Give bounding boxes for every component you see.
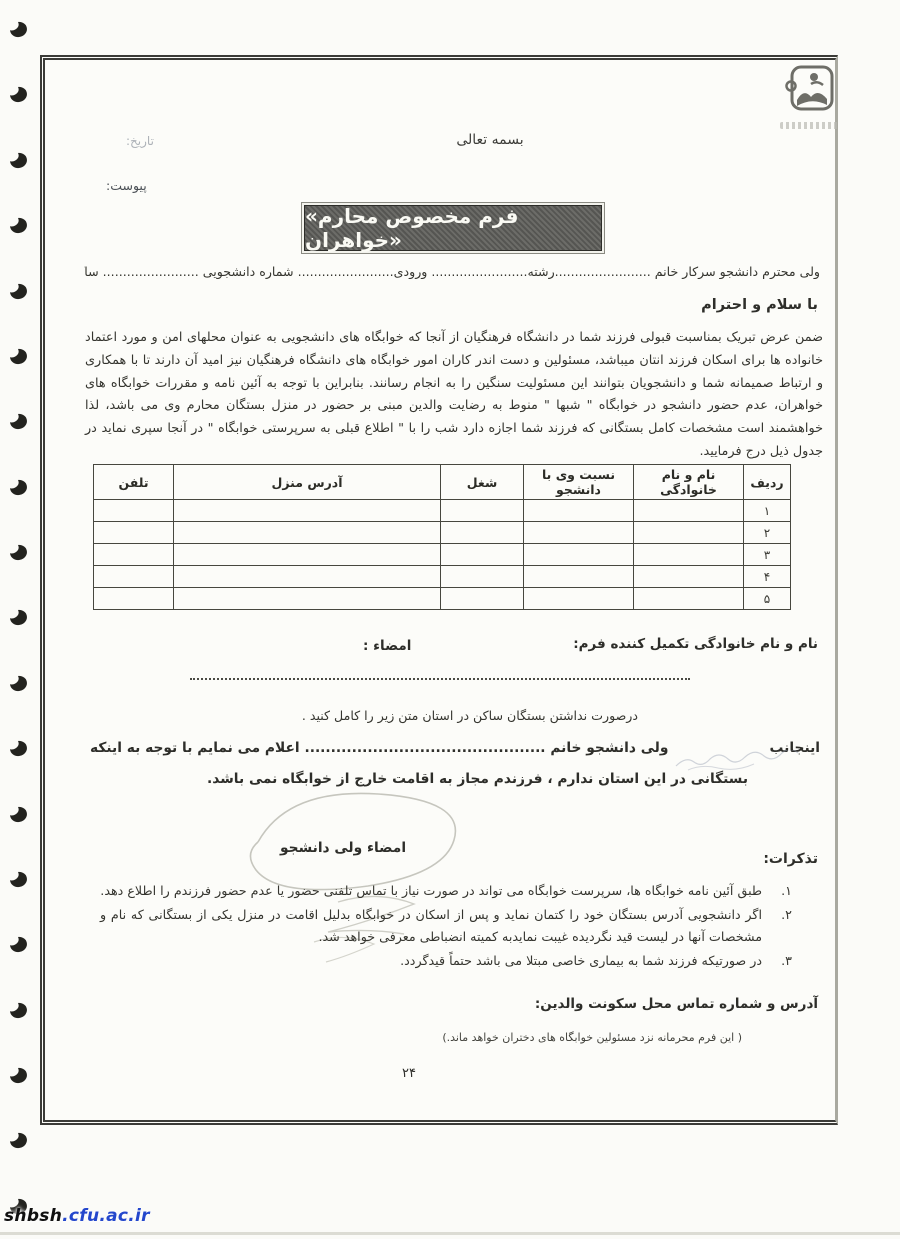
empty-cell <box>174 500 441 522</box>
note-number: ۲. <box>762 904 792 949</box>
col-header-job: شغل <box>441 465 524 500</box>
note-item: ۲. اگر دانشجویی آدرس بستگان خود را کتمان… <box>100 904 792 949</box>
empty-cell <box>524 500 634 522</box>
declaration-line2: بستگانی در این استان ندارم ، فرزندم مجاز… <box>207 771 748 787</box>
empty-cell <box>174 544 441 566</box>
col-header-fullname: نام و نام خانوادگی <box>634 465 744 500</box>
binding-hole <box>8 543 28 562</box>
empty-cell <box>441 566 524 588</box>
bismillah-heading: بسمه تعالی <box>390 132 590 148</box>
declaration-line1: اینجانب ولی دانشجو خانم ................… <box>90 740 820 756</box>
binding-hole <box>8 805 28 824</box>
empty-cell <box>524 522 634 544</box>
empty-cell <box>441 544 524 566</box>
empty-cell <box>634 588 744 610</box>
student-info-line: ولی محترم دانشجو سرکار خانم ............… <box>84 264 820 279</box>
binding-hole <box>8 412 28 431</box>
scanned-form-page: { "page": { "bismillah": "بسمه تعالی", "… <box>0 0 900 1239</box>
empty-cell <box>441 588 524 610</box>
col-header-address: آدرس منزل <box>174 465 441 500</box>
declaration-rest: ولی دانشجو خانم ........................… <box>90 740 668 756</box>
completer-name-label: نام و نام خانوادگی تکمیل کننده فرم: <box>573 636 818 652</box>
salutation: با سلام و احترام <box>701 297 818 313</box>
binding-hole <box>8 151 28 170</box>
col-header-phone: تلفن <box>94 465 174 500</box>
confidential-note: ( این فرم محرمانه نزد مسئولین خوابگاه ها… <box>442 1031 742 1044</box>
table-header-row: ردیف نام و نام خانوادگی نسبت وی با دانشج… <box>94 465 791 500</box>
table-row: ۳ <box>94 544 791 566</box>
empty-cell <box>94 544 174 566</box>
binding-hole <box>8 674 28 693</box>
binding-hole <box>8 282 28 301</box>
empty-cell <box>94 566 174 588</box>
declarant-label: اینجانب <box>770 740 820 756</box>
dotted-separator <box>190 678 690 680</box>
row-number-cell: ۴ <box>744 566 791 588</box>
watermark-black-part: shbsh <box>4 1206 62 1226</box>
notes-heading: تذکرات: <box>763 851 818 867</box>
empty-cell <box>174 522 441 544</box>
empty-cell <box>524 566 634 588</box>
empty-cell <box>634 500 744 522</box>
empty-cell <box>524 588 634 610</box>
scan-bottom-edge <box>0 1232 900 1235</box>
notes-list: ۱. طبق آئین نامه خوابگاه ها، سرپرست خواب… <box>100 880 792 973</box>
empty-cell <box>634 566 744 588</box>
empty-cell <box>174 588 441 610</box>
note-text: طبق آئین نامه خوابگاه ها، سرپرست خوابگاه… <box>100 880 762 903</box>
signature-label: امضاء : <box>363 638 411 654</box>
note-text: در صورتیکه فرزند شما به بیماری خاصی مبتل… <box>100 950 762 973</box>
binding-hole <box>8 478 28 497</box>
watermark-blue-part: .cfu.ac.ir <box>62 1206 150 1226</box>
col-header-row-number: ردیف <box>744 465 791 500</box>
date-label: تاریخ: <box>126 134 154 148</box>
note-item: ۳. در صورتیکه فرزند شما به بیماری خاصی م… <box>100 950 792 973</box>
guardian-signature-label: امضاء ولی دانشجو <box>280 840 406 856</box>
empty-cell <box>94 522 174 544</box>
binding-hole <box>8 609 28 628</box>
form-title: «فرم مخصوص محارم خواهران» <box>304 205 602 251</box>
empty-cell <box>174 566 441 588</box>
note-number: ۳. <box>762 950 792 973</box>
binding-hole <box>8 935 28 954</box>
no-relatives-instruction: درصورت نداشتن بستگان ساکن در استان متن ز… <box>302 708 638 723</box>
university-logo <box>784 64 836 120</box>
table-row: ۱ <box>94 500 791 522</box>
binding-hole <box>8 1132 28 1151</box>
site-watermark: shbsh.cfu.ac.ir <box>4 1206 150 1226</box>
intro-paragraph: ضمن عرض تبریک بمناسبت قبولی فرزند شما در… <box>85 327 823 464</box>
binding-hole <box>8 20 28 39</box>
empty-cell <box>634 544 744 566</box>
empty-cell <box>441 522 524 544</box>
binding-hole <box>8 347 28 366</box>
note-number: ۱. <box>762 880 792 903</box>
binding-hole <box>8 86 28 105</box>
binding-hole <box>8 216 28 235</box>
row-number-cell: ۱ <box>744 500 791 522</box>
empty-cell <box>94 588 174 610</box>
page-number: ۲۴ <box>392 1066 426 1081</box>
table-row: ۲ <box>94 522 791 544</box>
col-header-relation: نسبت وی با دانشجو <box>524 465 634 500</box>
empty-cell <box>94 500 174 522</box>
note-text: اگر دانشجویی آدرس بستگان خود را کتمان نم… <box>100 904 762 949</box>
binding-hole <box>8 870 28 889</box>
row-number-cell: ۳ <box>744 544 791 566</box>
empty-cell <box>441 500 524 522</box>
table-row: ۴ <box>94 566 791 588</box>
binding-hole <box>8 1066 28 1085</box>
attachment-label: پیوست: <box>106 178 147 193</box>
university-emblem-icon <box>784 64 836 120</box>
row-number-cell: ۲ <box>744 522 791 544</box>
parents-address-heading: آدرس و شماره تماس محل سکونت والدین: <box>535 996 818 1012</box>
empty-cell <box>524 544 634 566</box>
empty-cell <box>634 522 744 544</box>
binding-hole <box>8 739 28 758</box>
relatives-table: ردیف نام و نام خانوادگی نسبت وی با دانشج… <box>93 464 791 610</box>
note-item: ۱. طبق آئین نامه خوابگاه ها، سرپرست خواب… <box>100 880 792 903</box>
binding-hole <box>8 1001 28 1020</box>
spiral-binding <box>10 22 32 1214</box>
table-row: ۵ <box>94 588 791 610</box>
row-number-cell: ۵ <box>744 588 791 610</box>
logo-caption-illegible <box>780 122 838 129</box>
